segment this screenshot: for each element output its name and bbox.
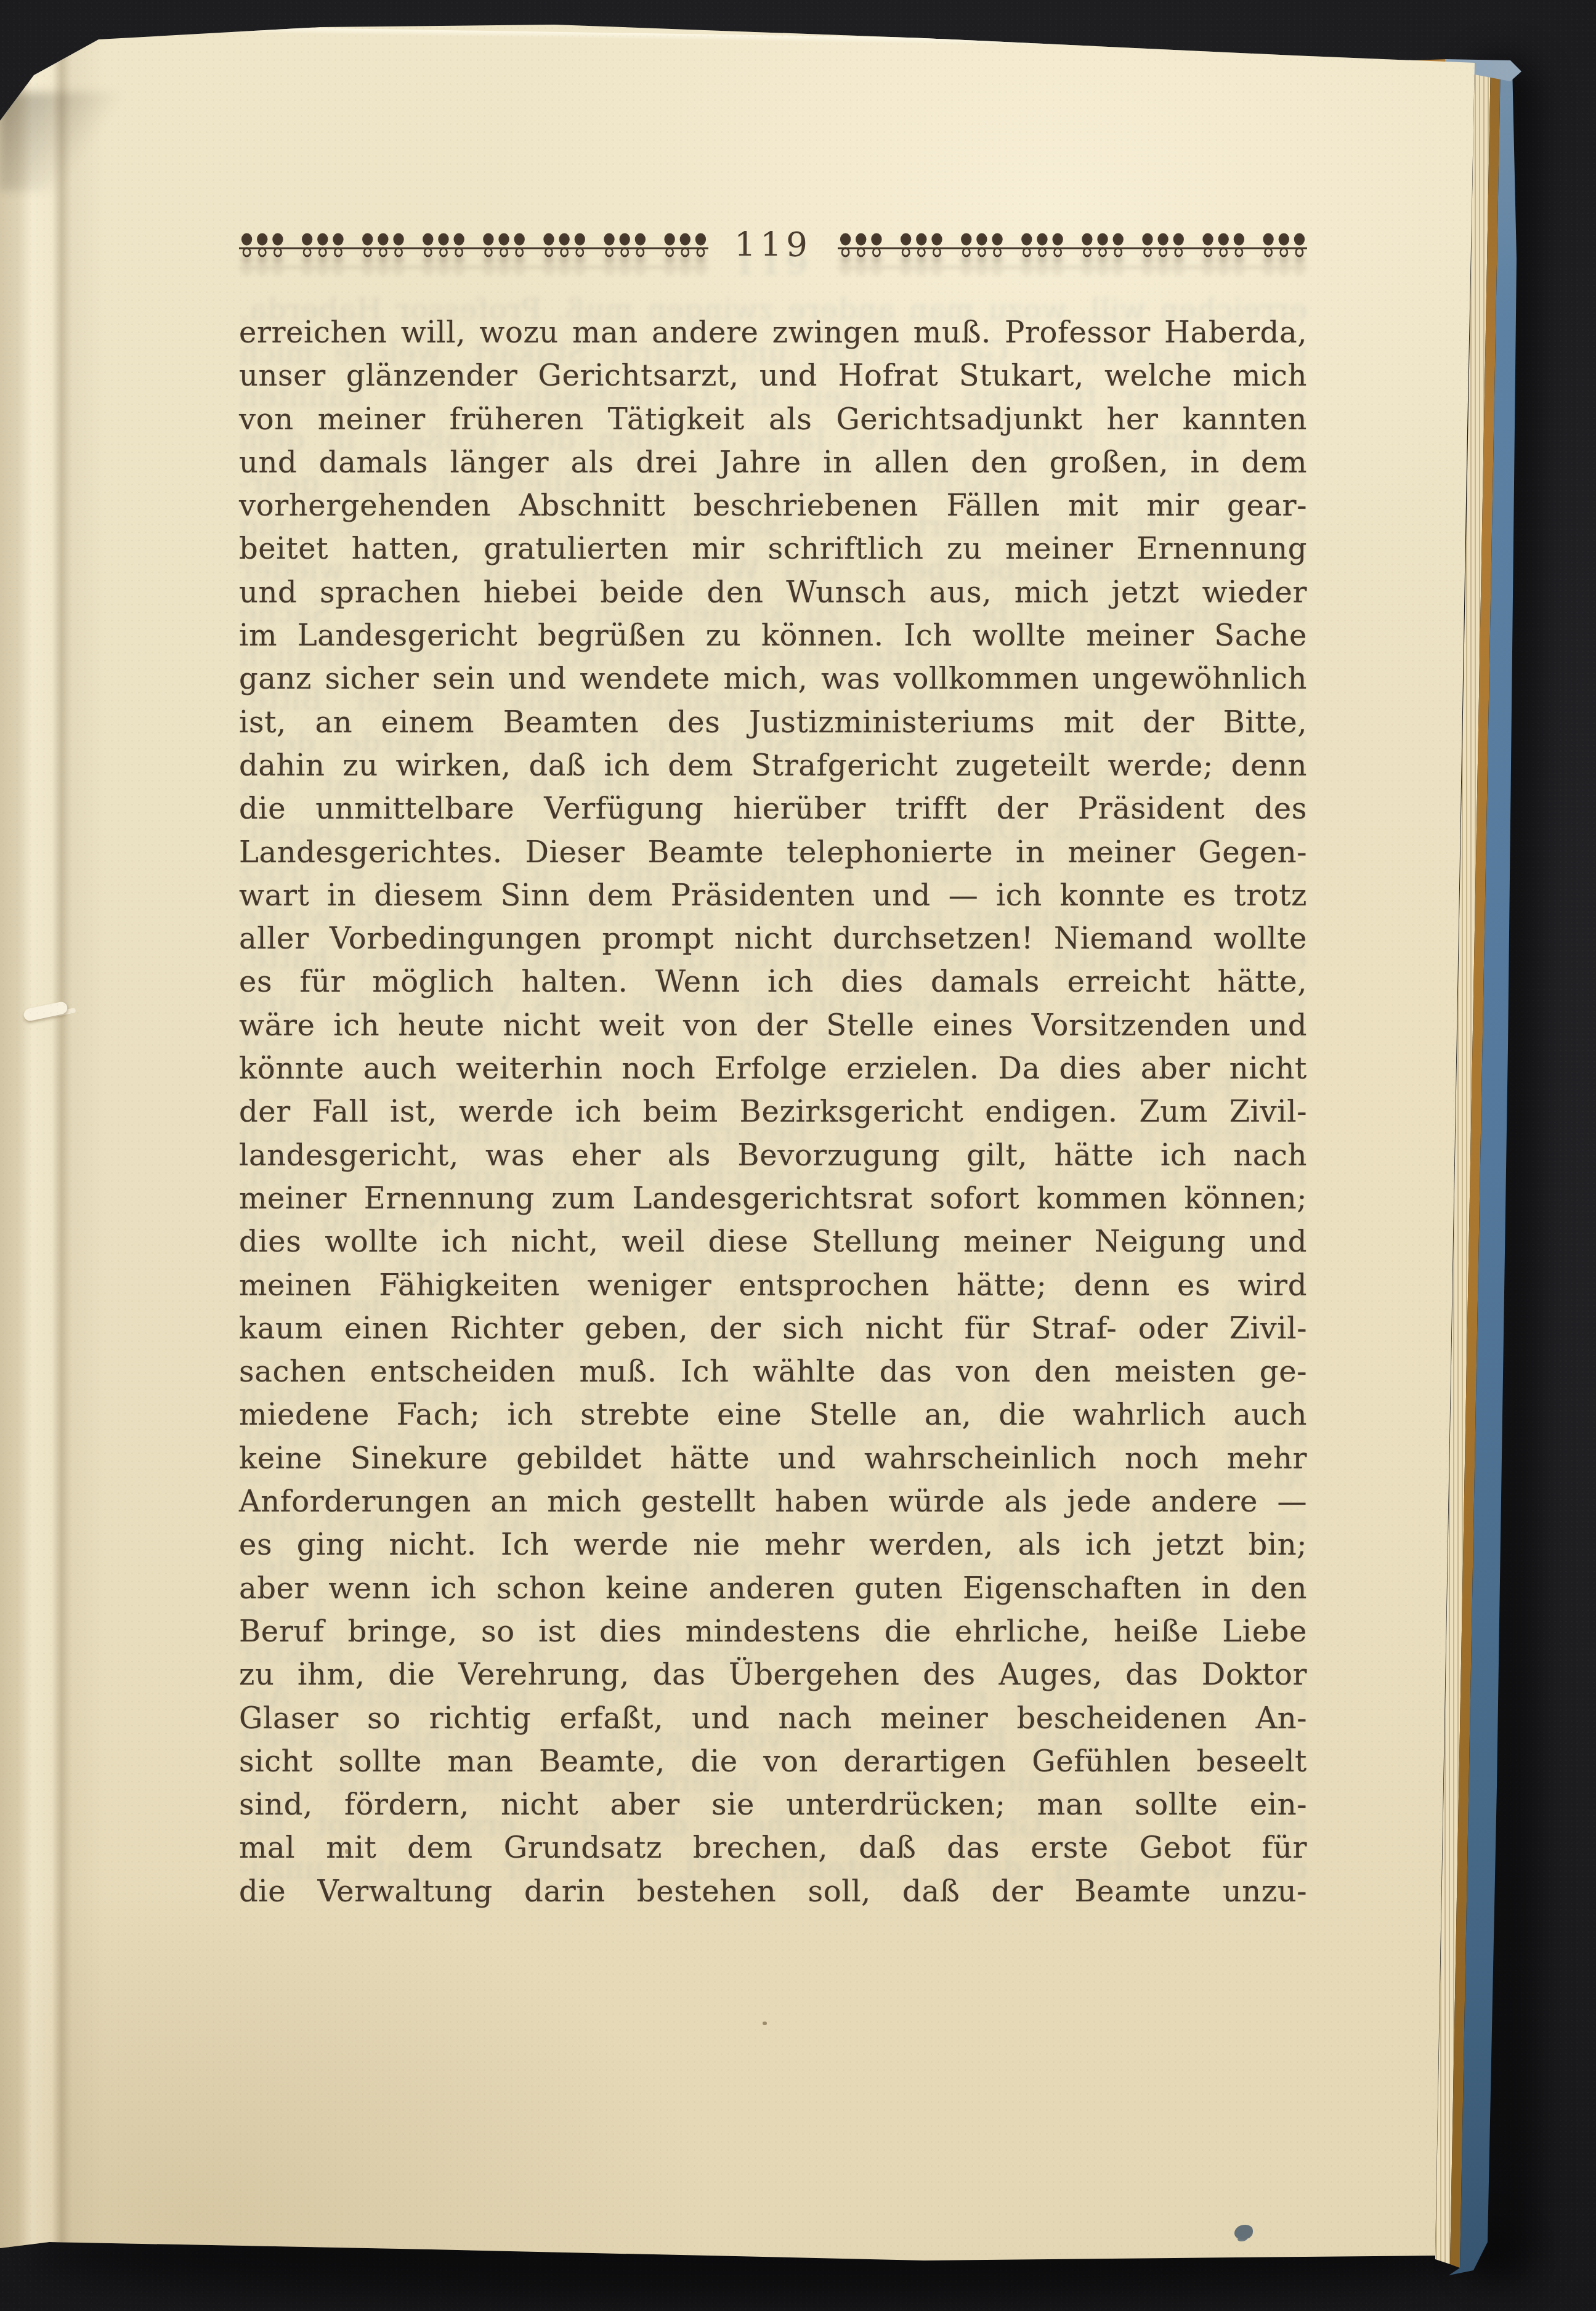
text-line: im Landesgericht begrüßen zu können. Ich… bbox=[239, 614, 1307, 657]
text-line: und sprachen hiebei beide den Wunsch aus… bbox=[239, 571, 1307, 614]
text-line: aller Vorbedingungen prompt nicht durchs… bbox=[239, 894, 1307, 937]
text-line: die Verwaltung darin bestehen soll, daß … bbox=[239, 1870, 1307, 1913]
text-line: der Fall ist, werde ich beim Bezirksgeri… bbox=[239, 1067, 1307, 1111]
text-line: miedene Fach; ich strebte eine Stelle an… bbox=[239, 1393, 1307, 1436]
text-line: sicht sollte man Beamte, die von derarti… bbox=[239, 1740, 1307, 1783]
text-line: mal mit dem Grundsatz brechen, daß das e… bbox=[239, 1803, 1307, 1847]
bleedthrough-text: erreichen will, wozu man andere zwingen … bbox=[239, 288, 1307, 1939]
text-line: wart in diesem Sinn dem Präsidenten und … bbox=[239, 851, 1307, 894]
page-number-ghost: 119 bbox=[728, 251, 818, 277]
scan-background: erreichen will, wozu man andere zwingen … bbox=[0, 0, 1596, 2311]
text-line: landesgericht, was eher als Bevorzugung … bbox=[239, 1134, 1307, 1177]
text-line: Beruf bringe, so ist dies mindestens die… bbox=[239, 1610, 1307, 1653]
text-line: könnte auch weiterhin noch Erfolge erzie… bbox=[239, 1047, 1307, 1090]
text-line: unser glänzender Gerichtsarzt, und Hofra… bbox=[239, 354, 1307, 397]
text-line: sicht sollte man Beamte, die von derarti… bbox=[239, 1717, 1307, 1760]
text-line: vorhergehenden Abschnitt beschriebenen F… bbox=[239, 484, 1307, 527]
text-line: Landesgerichtes. Dieser Beamte telephoni… bbox=[239, 831, 1307, 874]
text-line: landesgericht, was eher als Bevorzugung … bbox=[239, 1111, 1307, 1154]
text-line: ist, an einem Beamten des Justizminister… bbox=[239, 701, 1307, 744]
text-line: Anforderungen an mich gestellt haben wür… bbox=[239, 1457, 1307, 1500]
text-line: meiner Ernennung zum Landesgerichtsrat s… bbox=[239, 1154, 1307, 1197]
text-line: ganz sicher sein und wendete mich, was v… bbox=[239, 634, 1307, 678]
text-line: aber wenn ich schon keine anderen guten … bbox=[239, 1544, 1307, 1587]
text-line: dies wollte ich nicht, weil diese Stellu… bbox=[239, 1197, 1307, 1240]
page-number: 119 bbox=[728, 229, 818, 260]
ornament-row-left-icon bbox=[239, 232, 708, 260]
text-line: meiner Ernennung zum Landesgerichtsrat s… bbox=[239, 1177, 1307, 1220]
text-line: und sprachen hiebei beide den Wunsch aus… bbox=[239, 548, 1307, 591]
text-line: Anforderungen an mich gestellt haben wür… bbox=[239, 1480, 1307, 1523]
ornament-row-right-icon bbox=[838, 232, 1307, 260]
text-line: dahin zu wirken, daß ich dem Strafgerich… bbox=[239, 721, 1307, 764]
text-line: beitet hatten, gratulierten mir schriftl… bbox=[239, 504, 1307, 548]
text-line: die Verwaltung darin bestehen soll, daß … bbox=[239, 1847, 1307, 1890]
text-line: beitet hatten, gratulierten mir schriftl… bbox=[239, 527, 1307, 570]
text-line: wäre ich heute nicht weit von der Stelle… bbox=[239, 981, 1307, 1024]
body-text: erreichen will, wozu man andere zwingen … bbox=[239, 311, 1307, 1913]
text-line: keine Sinekure gebildet hätte und wahrsc… bbox=[239, 1437, 1307, 1480]
text-line: von meiner früheren Tätigkeit als Gerich… bbox=[239, 375, 1307, 418]
text-line: Glaser so richtig erfaßt, und nach meine… bbox=[239, 1697, 1307, 1740]
text-line: erreichen will, wozu man andere zwingen … bbox=[239, 288, 1307, 331]
text-line: die unmittelbare Verfügung hierüber trif… bbox=[239, 764, 1307, 807]
text-line: es ging nicht. Ich werde nie mehr werden… bbox=[239, 1523, 1307, 1566]
text-line: sind, fördern, nicht aber sie unterdrück… bbox=[239, 1783, 1307, 1826]
ink-spot bbox=[1234, 2225, 1253, 2240]
paper-speck bbox=[345, 1849, 349, 1854]
text-line: wäre ich heute nicht weit von der Stelle… bbox=[239, 1004, 1307, 1047]
text-line: kaum einen Richter geben, der sich nicht… bbox=[239, 1284, 1307, 1327]
text-line: dies wollte ich nicht, weil diese Stellu… bbox=[239, 1220, 1307, 1263]
text-line: mal mit dem Grundsatz brechen, daß das e… bbox=[239, 1826, 1307, 1869]
text-line: wart in diesem Sinn dem Präsidenten und … bbox=[239, 874, 1307, 917]
text-line: aller Vorbedingungen prompt nicht durchs… bbox=[239, 917, 1307, 960]
bleedthrough-header: 119 bbox=[239, 249, 1307, 277]
text-line: miedene Fach; ich strebte eine Stelle an… bbox=[239, 1370, 1307, 1414]
text-line: könnte auch weiterhin noch Erfolge erzie… bbox=[239, 1024, 1307, 1067]
text-line: es ging nicht. Ich werde nie mehr werden… bbox=[239, 1500, 1307, 1544]
text-line: vorhergehenden Abschnitt beschriebenen F… bbox=[239, 461, 1307, 504]
text-line: es für möglich halten. Wenn ich dies dam… bbox=[239, 937, 1307, 981]
text-line: sachen entscheiden muß. Ich wählte das v… bbox=[239, 1350, 1307, 1393]
gutter-curl-shadow bbox=[0, 92, 142, 191]
page-header: 119 bbox=[239, 227, 1307, 260]
text-line: und damals länger als drei Jahre in alle… bbox=[239, 418, 1307, 461]
text-line: kaum einen Richter geben, der sich nicht… bbox=[239, 1307, 1307, 1350]
text-line: erreichen will, wozu man andere zwingen … bbox=[239, 311, 1307, 354]
paper-speck bbox=[763, 2022, 767, 2025]
text-line: ist, an einem Beamten des Justizminister… bbox=[239, 678, 1307, 721]
text-line: sachen entscheiden muß. Ich wählte das v… bbox=[239, 1327, 1307, 1370]
text-line: Glaser so richtig erfaßt, und nach meine… bbox=[239, 1674, 1307, 1717]
text-line: dahin zu wirken, daß ich dem Strafgerich… bbox=[239, 744, 1307, 787]
text-line: Landesgerichtes. Dieser Beamte telephoni… bbox=[239, 808, 1307, 851]
text-line: ganz sicher sein und wendete mich, was v… bbox=[239, 657, 1307, 700]
text-line: zu ihm, die Verehrung, das Übergehen des… bbox=[239, 1653, 1307, 1696]
text-line: zu ihm, die Verehrung, das Übergehen des… bbox=[239, 1630, 1307, 1674]
text-line: aber wenn ich schon keine anderen guten … bbox=[239, 1567, 1307, 1610]
text-line: sind, fördern, nicht aber sie unterdrück… bbox=[239, 1760, 1307, 1803]
text-line: der Fall ist, werde ich beim Bezirksgeri… bbox=[239, 1090, 1307, 1133]
ornament-row-right-ghost bbox=[838, 253, 1307, 277]
text-line: die unmittelbare Verfügung hierüber trif… bbox=[239, 787, 1307, 830]
page-surface: erreichen will, wozu man andere zwingen … bbox=[0, 0, 1596, 2311]
text-line: im Landesgericht begrüßen zu können. Ich… bbox=[239, 591, 1307, 634]
text-line: meinen Fähigkeiten weniger entsprochen h… bbox=[239, 1264, 1307, 1307]
text-line: und damals länger als drei Jahre in alle… bbox=[239, 441, 1307, 484]
binding-notch bbox=[23, 1001, 69, 1022]
text-line: von meiner früheren Tätigkeit als Gerich… bbox=[239, 398, 1307, 441]
text-line: es für möglich halten. Wenn ich dies dam… bbox=[239, 960, 1307, 1003]
text-line: Beruf bringe, so ist dies mindestens die… bbox=[239, 1587, 1307, 1630]
text-line: meinen Fähigkeiten weniger entsprochen h… bbox=[239, 1241, 1307, 1284]
ornament-row-left-ghost bbox=[239, 253, 708, 277]
text-line: keine Sinekure gebildet hätte und wahrsc… bbox=[239, 1414, 1307, 1457]
text-line: unser glänzender Gerichtsarzt, und Hofra… bbox=[239, 331, 1307, 374]
page-top-edge bbox=[92, 25, 1472, 52]
